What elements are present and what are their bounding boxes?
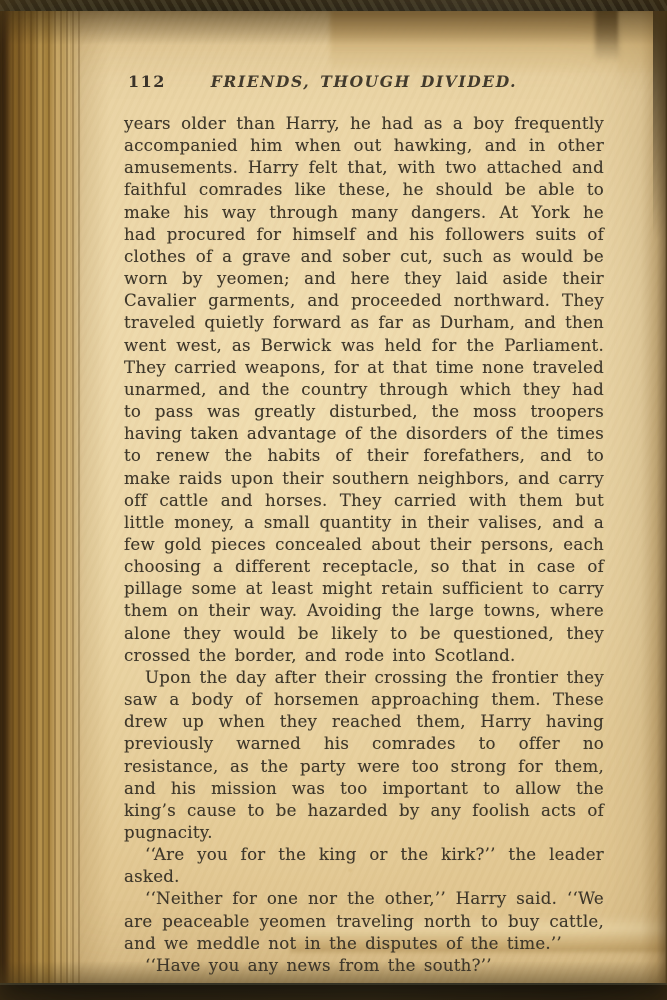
- page-number: 112: [128, 72, 166, 91]
- paragraph: ‘‘Are you for the king or the kirk?’’ th…: [124, 844, 604, 888]
- paragraph: ‘‘Have you any news from the south?’’: [124, 955, 604, 977]
- running-title: FRIENDS, THOUGH DIVIDED.: [124, 72, 604, 91]
- paragraph: Upon the day after their crossing the fr…: [124, 667, 604, 844]
- scanned-book-page-photo: 112 FRIENDS, THOUGH DIVIDED. years older…: [0, 0, 667, 1000]
- printed-page-content: 112 FRIENDS, THOUGH DIVIDED. years older…: [124, 72, 604, 977]
- paragraph: years older than Harry, he had as a boy …: [124, 113, 604, 667]
- body-text: years older than Harry, he had as a boy …: [124, 113, 604, 977]
- page-header: 112 FRIENDS, THOUGH DIVIDED.: [124, 72, 604, 94]
- paragraph: ‘‘Neither for one nor the other,’’ Harry…: [124, 888, 604, 954]
